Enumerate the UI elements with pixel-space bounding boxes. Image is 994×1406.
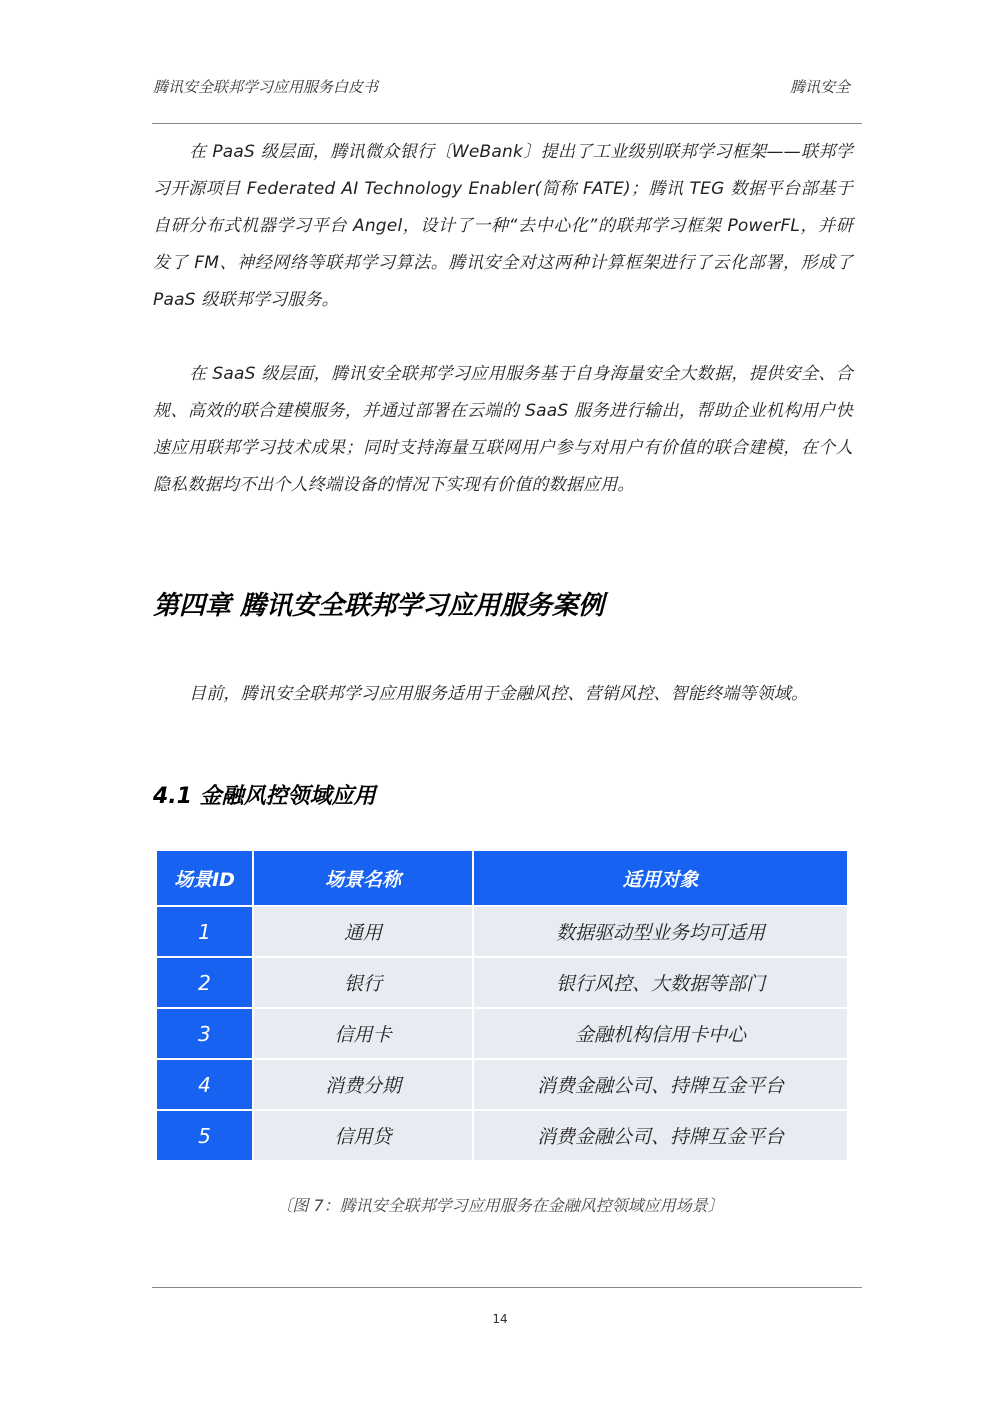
section-title: 4.1 金融风控领域应用: [153, 779, 376, 810]
cell-name: 信用卡: [254, 1009, 474, 1060]
cell-target: 消费金融公司、持牌互金平台: [474, 1060, 847, 1111]
figure-caption: 〔图 7：腾讯安全联邦学习应用服务在金融风控领域应用场景〕: [0, 1193, 994, 1216]
column-header-name: 场景名称: [254, 851, 474, 907]
cell-name: 信用贷: [254, 1111, 474, 1162]
table-row: 2 银行 银行风控、大数据等部门: [157, 958, 847, 1009]
table-row: 1 通用 数据驱动型业务均可适用: [157, 907, 847, 958]
paragraph-paas-text: 在 PaaS 级层面，腾讯微众银行〔WeBank〕提出了工业级别联邦学习框架——…: [153, 142, 853, 310]
cell-id: 4: [157, 1060, 254, 1111]
footer-divider: [152, 1287, 862, 1288]
page-number: 14: [0, 1312, 994, 1326]
table-row: 5 信用贷 消费金融公司、持牌互金平台: [157, 1111, 847, 1162]
cell-id: 1: [157, 907, 254, 958]
table-header-row: 场景ID 场景名称 适用对象: [157, 851, 847, 907]
cell-target: 消费金融公司、持牌互金平台: [474, 1111, 847, 1162]
cell-target: 银行风控、大数据等部门: [474, 958, 847, 1009]
cell-target: 金融机构信用卡中心: [474, 1009, 847, 1060]
column-header-target: 适用对象: [474, 851, 847, 907]
chapter-title: 第四章 腾讯安全联邦学习应用服务案例: [153, 585, 604, 622]
paragraph-intro: 目前，腾讯安全联邦学习应用服务适用于金融风控、营销风控、智能终端等领域。: [153, 676, 853, 713]
paragraph-paas: 在 PaaS 级层面，腾讯微众银行〔WeBank〕提出了工业级别联邦学习框架——…: [153, 134, 853, 319]
table-row: 4 消费分期 消费金融公司、持牌互金平台: [157, 1060, 847, 1111]
cell-target: 数据驱动型业务均可适用: [474, 907, 847, 958]
table-row: 3 信用卡 金融机构信用卡中心: [157, 1009, 847, 1060]
paragraph-saas-text: 在 SaaS 级层面，腾讯安全联邦学习应用服务基于自身海量安全大数据，提供安全、…: [153, 364, 853, 495]
cell-id: 2: [157, 958, 254, 1009]
document-title-header: 腾讯安全联邦学习应用服务白皮书: [153, 76, 378, 97]
cell-id: 3: [157, 1009, 254, 1060]
cell-name: 通用: [254, 907, 474, 958]
cell-name: 消费分期: [254, 1060, 474, 1111]
cell-id: 5: [157, 1111, 254, 1162]
paragraph-intro-text: 目前，腾讯安全联邦学习应用服务适用于金融风控、营销风控、智能终端等领域。: [189, 684, 808, 704]
brand-header: 腾讯安全: [790, 76, 850, 97]
paragraph-saas: 在 SaaS 级层面，腾讯安全联邦学习应用服务基于自身海量安全大数据，提供安全、…: [153, 356, 853, 504]
scenario-table: 场景ID 场景名称 适用对象 1 通用 数据驱动型业务均可适用 2 银行 银行风…: [157, 851, 847, 1162]
header-divider: [152, 123, 862, 124]
cell-name: 银行: [254, 958, 474, 1009]
column-header-id: 场景ID: [157, 851, 254, 907]
